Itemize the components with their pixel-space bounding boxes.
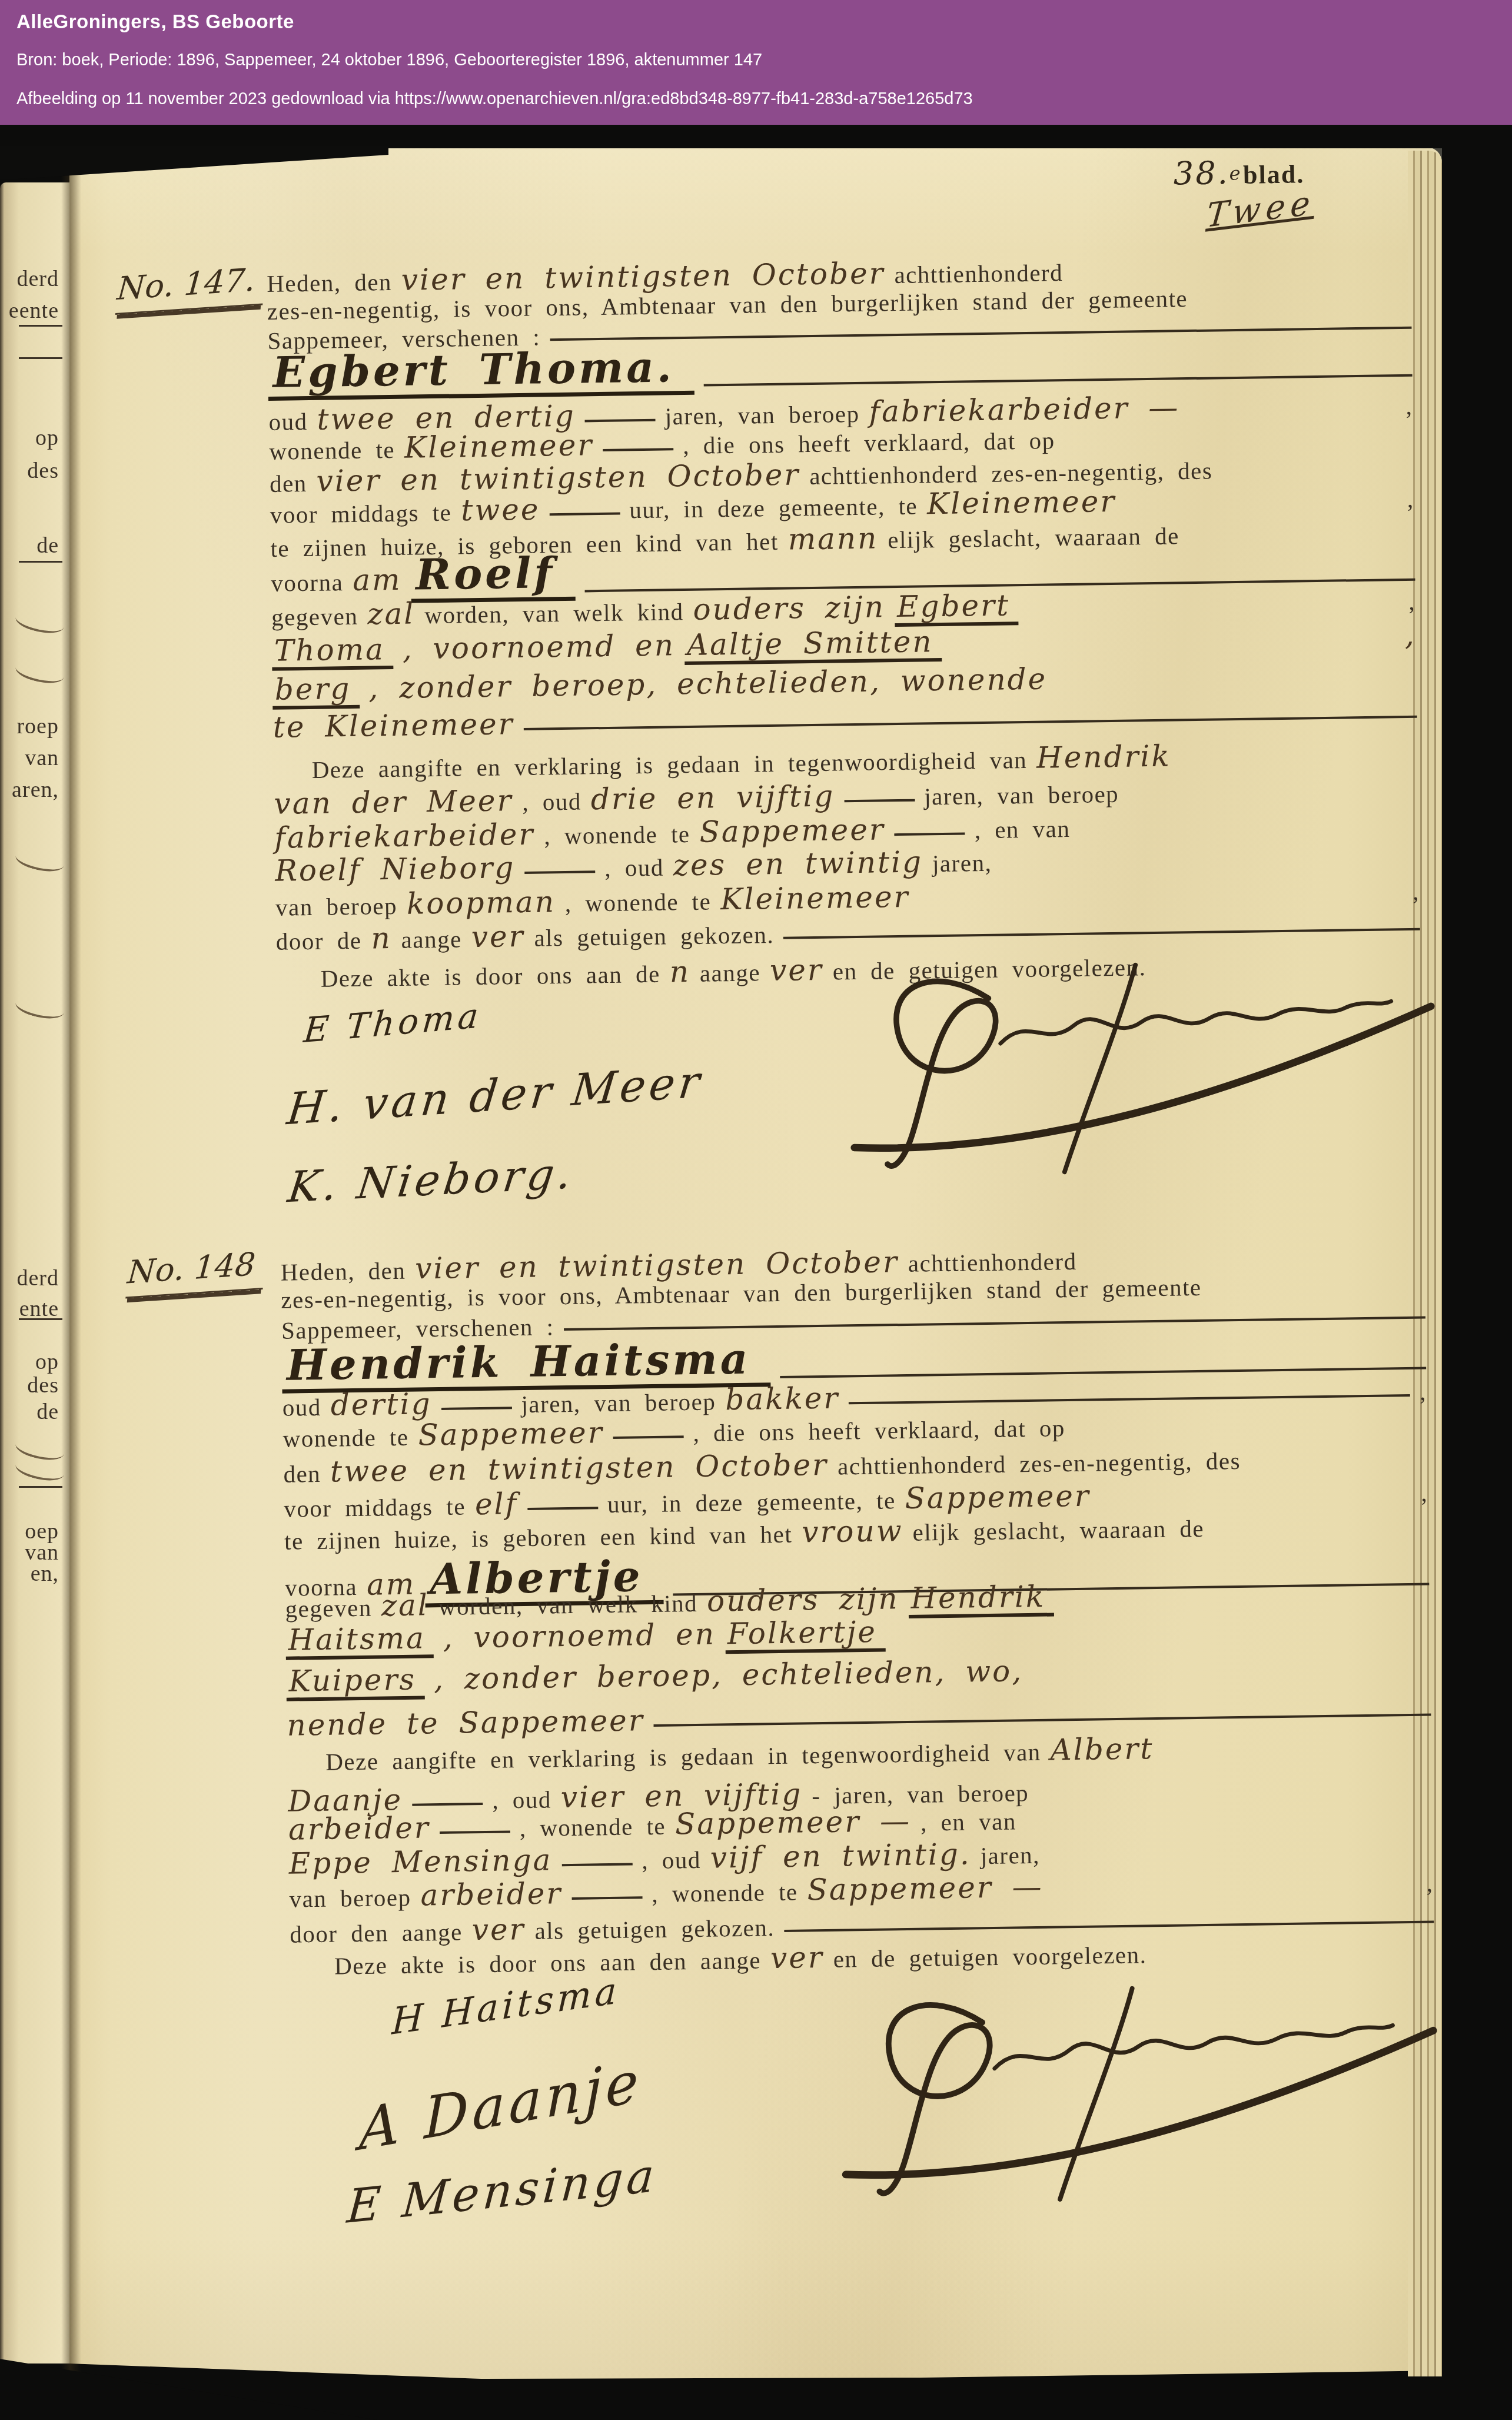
printed-text: , oud (642, 1848, 701, 1873)
blank-spacer (919, 900, 1404, 906)
printed-text: als getuigen gekozen. (534, 923, 774, 950)
printed-text: - jaren, van beroep (812, 1781, 1029, 1808)
witness-signature: K. Nieborg. (285, 1148, 577, 1212)
handwritten-text: vier en twintigsten October (316, 460, 800, 496)
left-page-handwriting-fragment (14, 844, 67, 877)
handwritten-text: arbeider (420, 1879, 562, 1910)
printed-text: , oud (522, 790, 581, 815)
handwritten-text: ver (770, 1943, 824, 1973)
screenshot-root: { "header": { "title": "AlleGroningers, … (0, 0, 1512, 2420)
handwritten-text: bakker (725, 1384, 840, 1415)
printed-text: worden, van welk kind (438, 1591, 698, 1619)
handwritten-text: , voornoemd en (443, 1620, 716, 1653)
sheet-number: 38.e blad. (1173, 153, 1304, 192)
handwritten-text: Kleinemeer (720, 882, 910, 914)
left-page-text-fragment: derd (16, 1265, 59, 1291)
handwritten-text: van der Meer (274, 786, 513, 819)
rule-short (844, 799, 915, 803)
handwritten-text: dertig (331, 1389, 432, 1420)
printed-text: , wonende te (652, 1880, 798, 1906)
witness-signature: E Mensinga (345, 2149, 660, 2234)
rule-short (524, 870, 595, 874)
printed-text: Heden, den (267, 270, 392, 296)
left-page-text-fragment: des (27, 1372, 59, 1398)
left-page-handwriting-fragment (14, 656, 67, 689)
printed-text: voor middags te (270, 501, 451, 527)
left-page-text-fragment: de (36, 1399, 59, 1425)
handwritten-text: elf (475, 1489, 519, 1519)
printed-text: worden, van welk kind (424, 600, 684, 627)
rule-line (524, 716, 1417, 730)
sheet-number-ordinal: e (1229, 162, 1240, 184)
handwritten-name: Thoma (272, 634, 394, 671)
handwritten-text: Kleinemeer (404, 430, 594, 462)
handwritten-text: Sappemeer (905, 1481, 1091, 1513)
sheet-number-word: blad. (1243, 159, 1305, 189)
printed-text: achttienhonderd (894, 261, 1063, 287)
left-page-rule-fragment (19, 325, 62, 327)
act-number: No. 147. (115, 260, 266, 315)
printed-text: Deze aangifte en verklaring is gedaan in… (325, 1740, 1041, 1774)
handwritten-text: vier en twintigsten October (415, 1247, 899, 1283)
act-line: Egbert Thoma. (262, 335, 1413, 401)
printed-text: den (283, 1462, 321, 1487)
left-page-text-fragment: roep (16, 713, 59, 739)
left-page-text-fragment: des (27, 458, 59, 484)
printed-text: Deze aangifte en verklaring is gedaan in… (311, 748, 1027, 782)
handwritten-text: zal (367, 599, 416, 629)
printed-text: , die ons heeft verklaard, dat op (683, 428, 1055, 458)
rule-short (895, 832, 965, 836)
printed-text: elijk geslacht, waaraan de (912, 1517, 1204, 1545)
handwritten-text: ver (770, 955, 823, 985)
printed-text: jaren, van beroep (924, 782, 1119, 809)
printed-text: voorna (271, 570, 343, 596)
handwritten-text: koopman (407, 887, 556, 919)
left-page-handwriting-fragment (14, 606, 67, 639)
printed-text: , (1421, 1481, 1428, 1505)
printed-text: jaren, van beroep (664, 402, 859, 429)
printed-text: , oud (604, 856, 664, 880)
handwritten-name: Haitsma (285, 1623, 434, 1660)
handwritten-text: n (669, 957, 690, 986)
printed-text: , (1405, 394, 1413, 418)
rule-line (654, 1714, 1431, 1727)
handwritten-name: Folkertje (725, 1617, 886, 1654)
rule-line (784, 1921, 1434, 1932)
printed-text: oud (268, 410, 308, 434)
witness-signature: H. van der Meer (285, 1056, 706, 1135)
handwritten-name: berg (273, 674, 360, 710)
witness-signature: A Daanje (359, 2047, 642, 2163)
act-number: No. 148 (125, 1245, 266, 1298)
handwritten-text: Eppe Mensinga (288, 1845, 552, 1878)
printed-text: jaren, (932, 851, 992, 876)
handwritten-text: twee en twintigsten October (330, 1450, 829, 1487)
handwritten-text: , zonder beroep, echtelieden, wo, (434, 1656, 1023, 1694)
printed-text: aange (700, 960, 761, 985)
printed-text: van beroep (275, 894, 398, 920)
rule-short (549, 513, 620, 516)
printed-text: wonende te (269, 438, 395, 464)
birth-act-2: No. 148Heden, denvier en twintigsten Oct… (274, 1231, 1442, 2283)
left-page-text-fragment: op (35, 1349, 59, 1375)
handwritten-text: Albert (1050, 1734, 1154, 1764)
registrar-signature-flourish (818, 948, 1444, 1181)
printed-text: van beroep (289, 1886, 411, 1912)
handwritten-text: nende te Sappemeer (287, 1706, 644, 1740)
left-page-rule-fragment (19, 357, 62, 359)
printed-text: , en van (974, 817, 1070, 842)
handwritten-text: zal (381, 1590, 429, 1620)
printed-text: , (1420, 1380, 1427, 1404)
left-page-text-fragment: op (35, 425, 59, 451)
rule-line (564, 1317, 1425, 1331)
handwritten-text: ver (471, 922, 524, 952)
left-page-rule-fragment (19, 1486, 62, 1488)
handwritten-text: ver (471, 1914, 525, 1944)
printed-text: achttienhonderd zes-en-negentig, des (838, 1449, 1241, 1479)
handwritten-text: Hendrik (1036, 742, 1171, 773)
printed-text: wonende te (283, 1425, 408, 1451)
left-page-rule-fragment (19, 1318, 62, 1320)
printed-text: aange (401, 927, 462, 952)
blank-spacer (1189, 414, 1397, 417)
printed-text: , (1426, 1871, 1433, 1896)
registrar-signature-flourish (809, 1973, 1447, 2206)
printed-text: door den aange (290, 1920, 463, 1947)
handwritten-text: drie en vijftig (591, 782, 835, 815)
handwritten-text: Sappemeer (699, 815, 885, 846)
handwritten-text: Kleinemeer (927, 487, 1116, 518)
rule-short (613, 1435, 684, 1439)
left-page-rule-fragment (19, 561, 62, 563)
handwritten-text: Roelf Nieborg (275, 853, 516, 886)
printed-text: , (1408, 590, 1415, 614)
left-page-text-fragment: de (36, 533, 59, 559)
left-page-text-fragment: derd (16, 266, 59, 292)
rule-short (527, 1507, 598, 1510)
handwritten-text: vier en twintigsten October (401, 258, 885, 294)
handwritten-name: Hendrik (908, 1581, 1054, 1618)
rule-short (585, 419, 656, 423)
left-page-text-fragment: en, (31, 1561, 59, 1587)
printed-text: uur, in deze gemeente, te (629, 494, 918, 523)
printed-text: , (1413, 880, 1420, 904)
witness-signature: E Thoma (302, 995, 484, 1051)
printed-text: jaren, van beroep (521, 1389, 716, 1417)
printed-text: Heden, den (280, 1259, 406, 1285)
viewer-header: AlleGroningers, BS Geboorte Bron: boek, … (0, 0, 1512, 125)
rule-line (704, 374, 1412, 387)
handwritten-name-large: Roelf (411, 551, 576, 603)
handwritten-text: ouders zijn (693, 592, 885, 624)
printed-text: oud (283, 1395, 322, 1420)
header-source-line: Bron: boek, Periode: 1896, Sappemeer, 24… (16, 51, 762, 70)
rule-short (603, 448, 673, 451)
printed-text: , (1407, 487, 1414, 511)
handwritten-text: n (371, 923, 392, 953)
printed-text: achttienhonderd zes-en-negentig, des (809, 459, 1213, 489)
printed-text: gegeven (285, 1596, 372, 1621)
rule-short (571, 1896, 642, 1900)
printed-text: Deze akte is door ons aan den aange (334, 1948, 761, 1978)
handwritten-text: vrouw (802, 1516, 903, 1547)
header-title: AlleGroningers, BS Geboorte (16, 11, 294, 33)
handwritten-text: , zonder beroep, echtelieden, wonende (368, 664, 1048, 703)
left-page-handwriting-fragment (14, 991, 67, 1024)
printed-text: achttienhonderd (908, 1249, 1077, 1276)
printed-text: Deze akte is door ons aan de (320, 962, 660, 991)
handwritten-text: Sappemeer — (675, 1806, 912, 1839)
printed-text: , wonende te (565, 889, 712, 915)
handwritten-text: vijf en twintig. (710, 1839, 971, 1872)
rule-short (561, 1863, 632, 1867)
left-page-text-fragment: van (25, 745, 59, 771)
left-page-text-fragment: aren, (12, 777, 59, 803)
printed-text: te zijnen huize, is geboren een kind van… (284, 1523, 793, 1554)
handwritten-text: , (1405, 620, 1417, 650)
header-download-line: Afbeelding op 11 november 2023 gedownloa… (16, 89, 973, 109)
blank-spacer (951, 645, 1395, 651)
blank-spacer (1028, 610, 1399, 615)
handwritten-name: Aaltje Smitten (684, 627, 942, 665)
printed-text: , oud (492, 1787, 551, 1812)
handwritten-text: twee (461, 494, 540, 525)
printed-text: jaren, (980, 1843, 1040, 1868)
handwritten-text: Sappemeer — (807, 1872, 1044, 1905)
handwritten-text: te Kleinemeer (273, 709, 514, 742)
rule-short (441, 1407, 512, 1410)
handwritten-name-large: Egbert Thoma. (268, 345, 695, 401)
handwritten-text: ouders zijn (707, 1584, 899, 1616)
witness-signature: H Haitsma (391, 1968, 621, 2043)
handwritten-text: Sappemeer (418, 1418, 604, 1450)
printed-text: voor middags te (284, 1494, 466, 1521)
blank-spacer (1053, 1892, 1417, 1897)
printed-text: , die ons heeft verklaard, dat op (693, 1416, 1065, 1445)
blank-spacer (1125, 507, 1398, 511)
printed-text: , wonende te (519, 1814, 666, 1840)
printed-text: uur, in deze gemeente, te (607, 1488, 896, 1517)
blank-spacer (1100, 1501, 1412, 1505)
rule-short (440, 1830, 510, 1834)
left-page-text-fragment: eente (9, 298, 59, 324)
document-scan: derdeenteopdesderoepvanaren,derdenteopde… (0, 125, 1512, 2420)
handwritten-text: fabriekarbeider (274, 820, 535, 853)
left-page-fragment-layer: derdeenteopdesderoepvanaren,derdenteopde… (0, 125, 69, 2420)
rule-line (849, 1394, 1410, 1404)
handwritten-text: arbeider (288, 1813, 430, 1844)
page-content: 38.e blad. Twee No. 147.Heden, denvier e… (69, 131, 1473, 2382)
handwritten-name: Egbert (895, 590, 1019, 627)
printed-text: door de (276, 929, 362, 954)
printed-text: en de getuigen voorgelezen. (833, 1943, 1147, 1971)
sheet-number-value: 38. (1173, 154, 1229, 192)
handwritten-text: fabriekarbeider — (869, 393, 1179, 426)
printed-text: als getuigen gekozen. (534, 1916, 775, 1943)
handwritten-text: am (353, 565, 402, 595)
handwritten-name: Kuipers (286, 1664, 424, 1701)
act-line: Kuipers, zonder beroep, echtelieden, wo, (280, 1651, 1431, 1701)
rule-short (412, 1803, 483, 1806)
handwritten-text: zes en twintig (673, 847, 923, 880)
printed-text: , wonende te (544, 822, 690, 848)
printed-text: gegeven (271, 604, 358, 630)
rule-line (783, 928, 1420, 939)
handwritten-text: , voornoemd en (402, 630, 675, 663)
printed-text: , en van (921, 1809, 1016, 1834)
birth-act-1: No. 147.Heden, denvier en twintigsten Oc… (261, 242, 1428, 1271)
printed-text: den (270, 471, 307, 496)
